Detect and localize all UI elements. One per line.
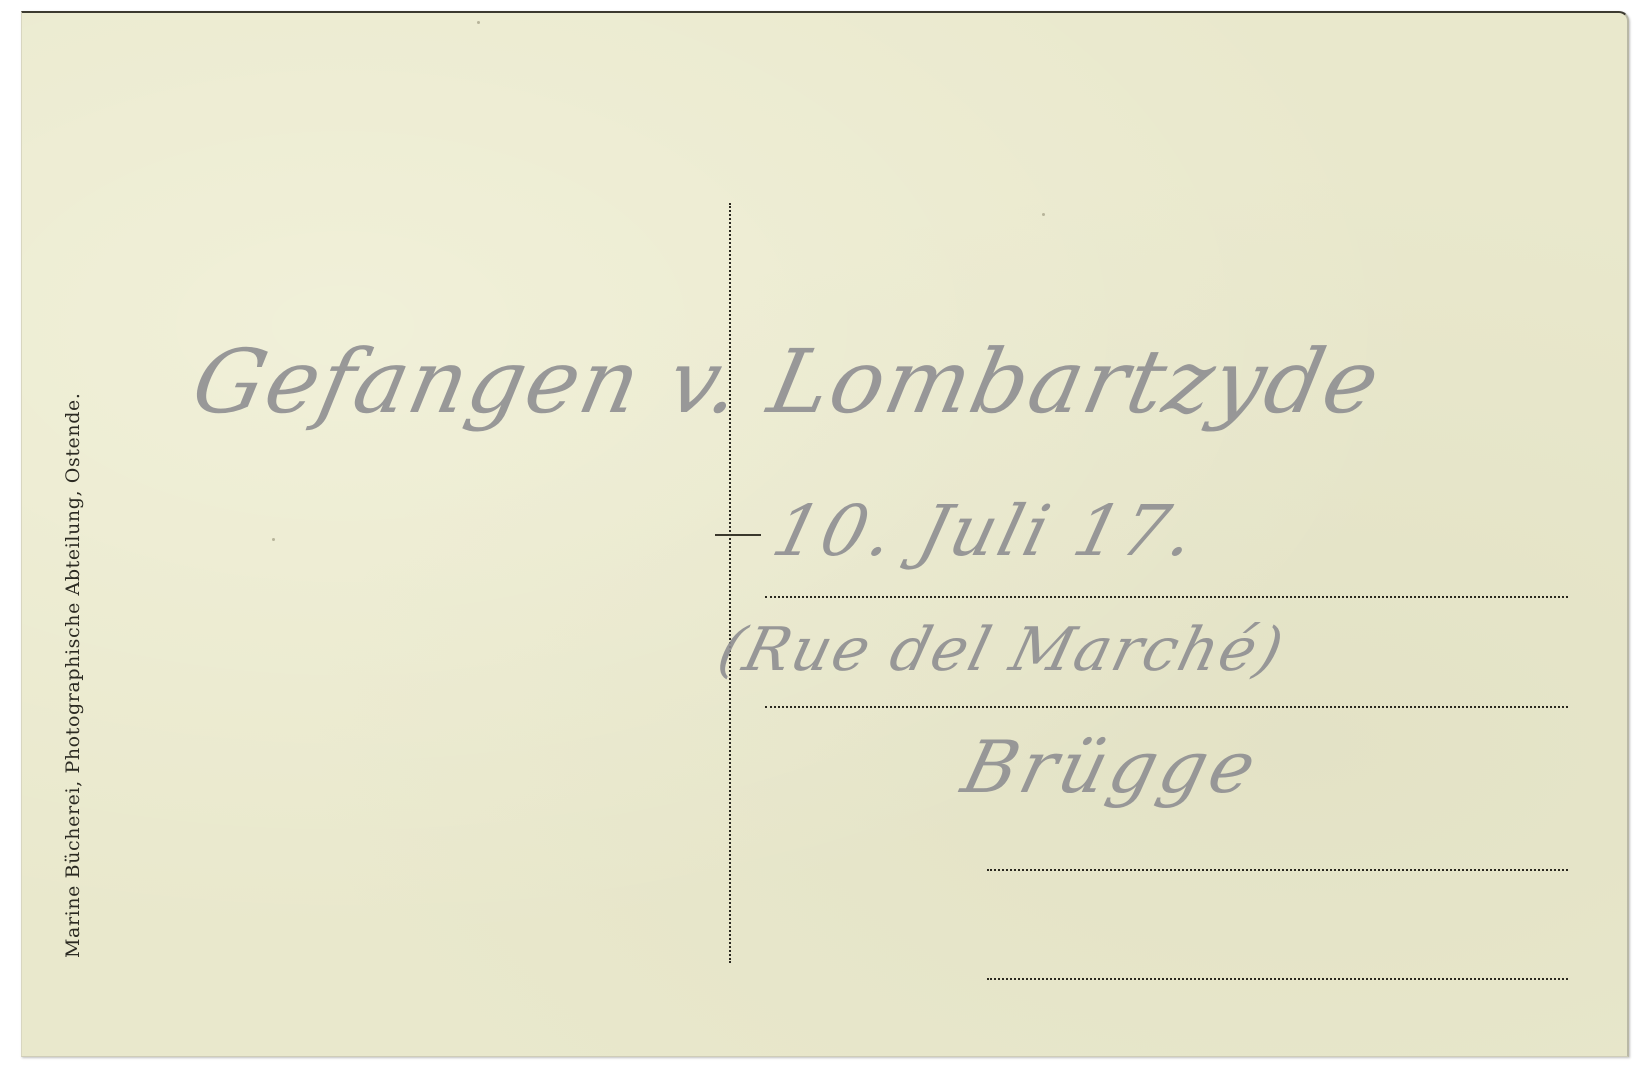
address-line-2 [765, 706, 1568, 708]
paper-speck [477, 21, 480, 24]
handwritten-date: 10. Juli 17. [765, 490, 1207, 572]
address-line-3 [987, 869, 1568, 871]
handwritten-street: (Rue del Marché) [711, 615, 1291, 685]
divider-tick [715, 534, 761, 536]
publisher-imprint: Marine Bücherei, Photographische Abteilu… [62, 128, 84, 958]
address-line-4 [987, 978, 1568, 980]
handwritten-message: Gefangen v. Lombartzyde [184, 330, 1390, 433]
paper-speck [1042, 213, 1045, 216]
center-divider [729, 203, 731, 963]
paper-speck [272, 538, 275, 541]
address-line-1 [765, 596, 1568, 598]
handwritten-city: Brügge [955, 725, 1268, 809]
